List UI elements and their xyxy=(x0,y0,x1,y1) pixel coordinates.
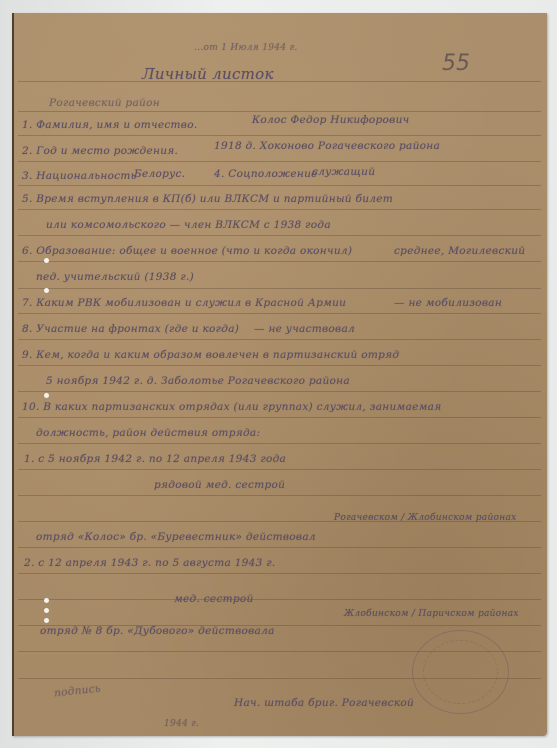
field-mobilization-label: 7. Каким РВК мобилизован и служил в Крас… xyxy=(22,297,346,309)
top-note: ...от 1 Июля 1944 г. xyxy=(194,43,297,53)
stamp-inner-ring xyxy=(423,640,498,704)
ruling-line xyxy=(18,261,541,262)
punch-hole xyxy=(44,258,49,263)
ruling-line xyxy=(18,365,541,366)
field-party-value: или комсомольского — член ВЛКСМ с 1938 г… xyxy=(46,219,331,231)
service-unit-2: отряд № 8 бр. «Дубового» действовала xyxy=(40,625,275,637)
ruling-line xyxy=(18,443,541,444)
punch-hole xyxy=(44,288,49,293)
field-recruited-label: 9. Кем, когда и каким образом вовлечен в… xyxy=(22,349,399,361)
ruling-line xyxy=(18,135,541,136)
field-fronts-label: 8. Участие на фронтах (где и когда) xyxy=(22,323,239,335)
signature-title: Нач. штаба бриг. Рогачевской xyxy=(234,697,414,709)
punch-hole xyxy=(44,618,49,623)
ruling-line xyxy=(18,573,541,574)
field-units-label-cont: должность, район действия отряда: xyxy=(36,427,260,439)
punch-hole xyxy=(44,608,49,613)
service-unit-1: отряд «Колос» бр. «Буревестник» действов… xyxy=(36,531,316,543)
field-fronts-value: — не участвовал xyxy=(254,323,355,335)
ruling-line xyxy=(18,185,541,186)
field-name-label: 1. Фамилия, имя и отчество. xyxy=(22,119,197,131)
ruling-line xyxy=(18,339,541,340)
ruling-line xyxy=(18,235,541,236)
ruling-line xyxy=(18,313,541,314)
service-period-2: 2. с 12 апреля 1943 г. по 5 августа 1943… xyxy=(24,557,276,569)
field-name-value: Колос Федор Никифорович xyxy=(252,114,409,126)
punch-hole xyxy=(44,598,49,603)
service-position-2: мед. сестрой xyxy=(174,593,254,605)
field-social-label: 4. Соцположение xyxy=(214,168,318,180)
document-page: ...от 1 Июля 1944 г. 55 Личный листок Ро… xyxy=(12,13,547,736)
service-period-1: 1. с 5 ноября 1942 г. по 12 апреля 1943 … xyxy=(24,453,286,465)
punch-hole xyxy=(44,393,49,398)
field-education-value-cont: пед. учительский (1938 г.) xyxy=(36,271,194,283)
field-units-label: 10. В каких партизанских отрядах (или гр… xyxy=(22,401,441,413)
document-title: Личный листок xyxy=(142,65,274,83)
official-stamp xyxy=(412,630,509,714)
field-birth-label: 2. Год и место рождения. xyxy=(22,145,178,157)
field-birth-value: 1918 д. Хоконово Рогачевского района xyxy=(214,140,440,152)
field-education-value: среднее, Могилевский xyxy=(394,245,525,257)
ruling-line xyxy=(18,391,541,392)
field-education-label: 6. Образование: общее и военное (что и к… xyxy=(22,245,352,257)
ruling-line xyxy=(18,495,541,496)
field-party-label: 5. Время вступления в КП(б) или ВЛКСМ и … xyxy=(22,193,393,205)
document-subtitle: Рогачевский район xyxy=(49,97,160,109)
field-social-value: служащий xyxy=(312,166,375,178)
ruling-line xyxy=(18,81,541,82)
service-area-2: Жлобинском / Паричском районах xyxy=(344,609,519,619)
field-recruited-value: 5 ноября 1942 г. д. Заболотье Рогачевско… xyxy=(46,375,350,387)
ruling-line xyxy=(18,599,541,600)
ruling-line xyxy=(18,161,541,162)
service-area-1: Рогачевском / Жлобинском районах xyxy=(334,513,517,523)
field-nationality-value: Белорус. xyxy=(134,168,185,180)
ruling-line xyxy=(18,469,541,470)
field-nationality-label: 3. Национальность xyxy=(22,170,137,182)
ruling-line xyxy=(18,417,541,418)
page-number-mark: 55 xyxy=(442,51,470,76)
signature-scribble: подпись xyxy=(54,683,102,700)
service-position-1: рядовой мед. сестрой xyxy=(154,479,285,491)
ruling-line xyxy=(18,111,541,112)
signature-date: 1944 г. xyxy=(164,719,199,729)
field-mobilization-value: — не мобилизован xyxy=(394,297,502,309)
ruling-line xyxy=(18,209,541,210)
ruling-line xyxy=(18,288,541,289)
ruling-line xyxy=(18,547,541,548)
